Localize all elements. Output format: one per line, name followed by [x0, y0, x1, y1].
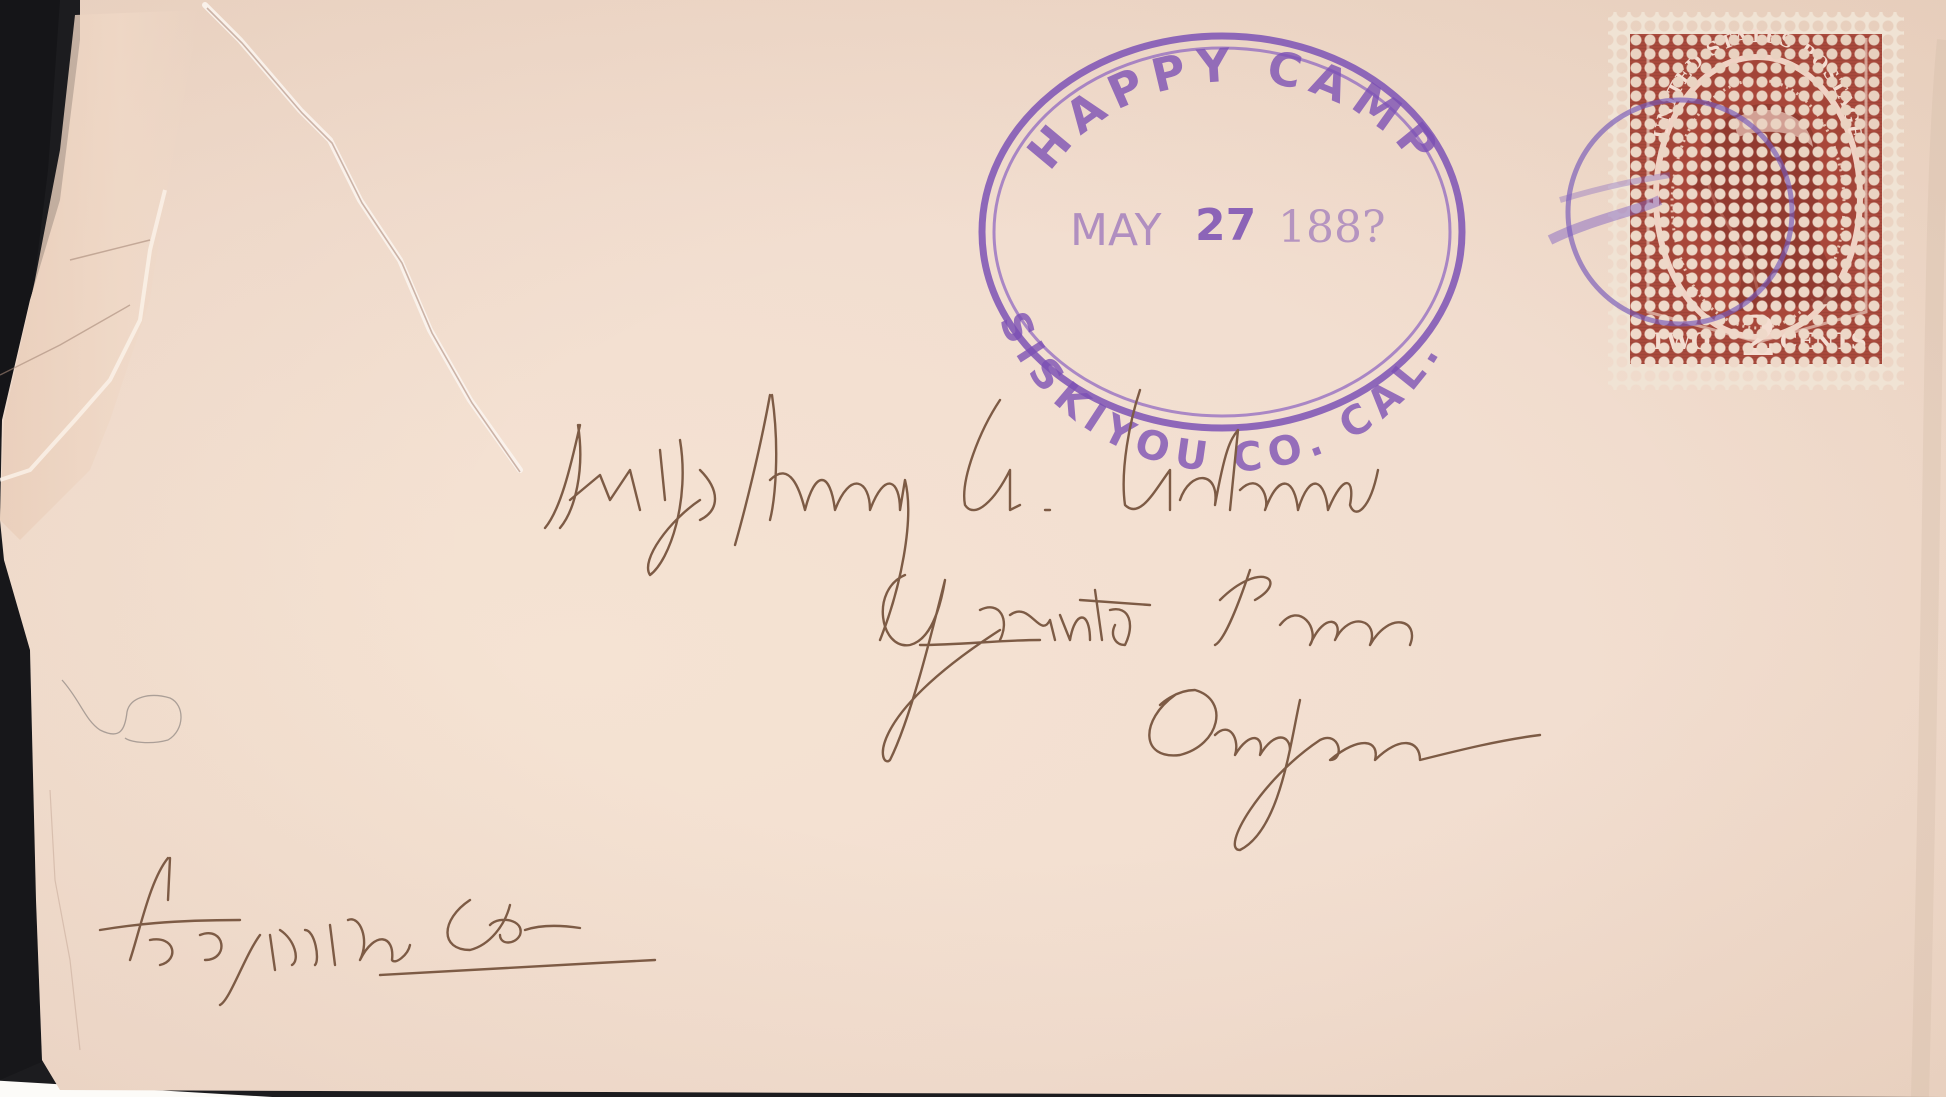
stamp-cents-text: CENTS — [1780, 329, 1867, 355]
stamp-two-text: TWO — [1650, 329, 1710, 355]
stamp-engraving: UNITED STATES POSTAGE TWO 2 CENTS — [1608, 12, 1904, 390]
two-cent-stamp: UNITED STATES POSTAGE TWO 2 CENTS — [1608, 12, 1904, 390]
envelope-scene: HAPPY CAMP SISKIYOU CO. CAL. MAY 27 188?… — [0, 0, 1946, 1097]
stamp-numeral: 2 — [1740, 304, 1778, 368]
